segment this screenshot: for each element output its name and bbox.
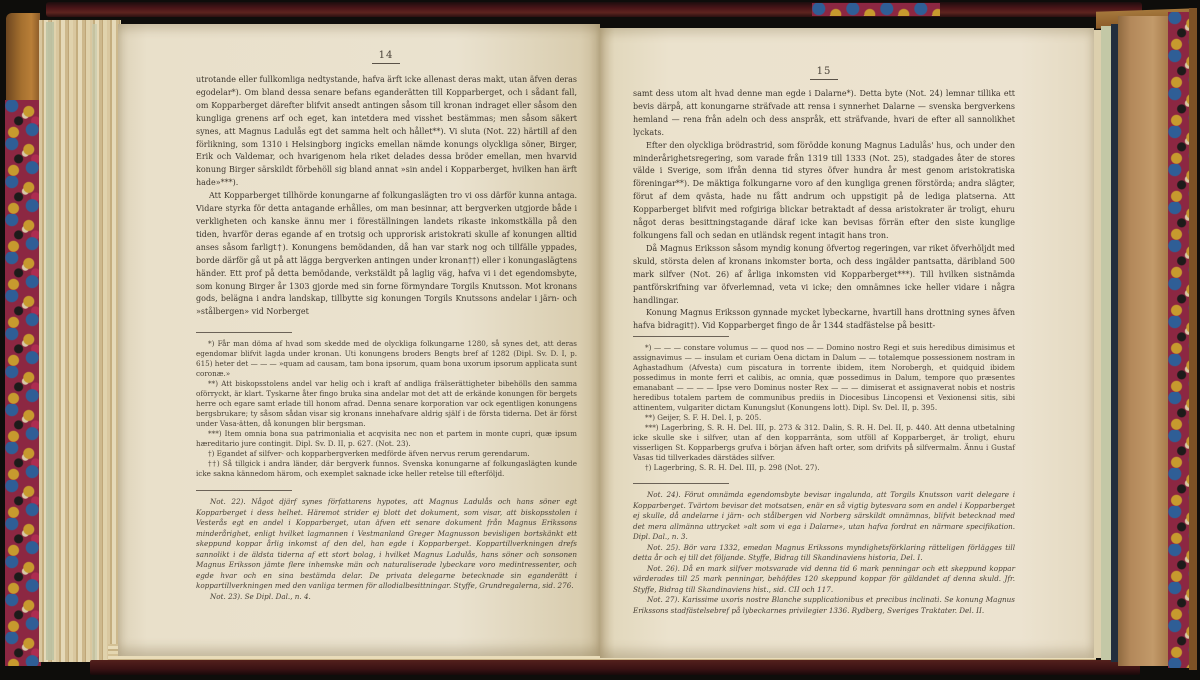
marbled-cover-right <box>1168 12 1189 668</box>
note: Not. 22). Något djärf synes författarens… <box>196 497 577 592</box>
footnote: †) Lagerbring, S. R. H. Del. III, p. 298… <box>633 463 1015 473</box>
note: Not. 24). Förut omnämda egendomsbyte bev… <box>633 490 1015 543</box>
body-paragraph: samt dess utom alt hvad denne man egde i… <box>633 88 1015 140</box>
right-spine-leather <box>1189 8 1197 670</box>
footnote-separator <box>196 332 292 333</box>
book-top-edge <box>46 2 1142 17</box>
page-number-right: 15 <box>633 66 1015 77</box>
footnote: *) Får man döma af hvad som skedde med d… <box>196 339 577 379</box>
body-paragraph: Efter den olyckliga brödrastrid, som för… <box>633 140 1015 243</box>
endpaper-strip-left-2 <box>92 24 97 660</box>
left-spine-leather <box>6 13 40 109</box>
endpaper-strip-right <box>1101 26 1111 660</box>
left-page-notes: Not. 22). Något djärf synes författarens… <box>196 497 577 602</box>
page-edge-strip-right <box>1094 30 1101 658</box>
footnote: **) Geijer, S. F. H. Del. I, p. 205. <box>633 413 1015 423</box>
endpaper-strip-left <box>46 22 54 660</box>
left-page-body: utrotande eller fullkomliga nedtystande,… <box>196 74 577 319</box>
note-separator <box>196 490 292 491</box>
marbled-cover-left <box>5 100 41 666</box>
page-number-left: 14 <box>196 50 576 61</box>
footnote: ***) Item omnia bona sua patrimonialia e… <box>196 429 577 449</box>
footnote: *) — — — constare volumus — — quod nos —… <box>633 343 1015 413</box>
endpaper-dark-strip-right <box>1111 24 1118 662</box>
footnote: ††) Så tillgick i andra länder, där berg… <box>196 459 577 479</box>
left-page-footnotes: *) Får man döma af hvad som skedde med d… <box>196 339 577 479</box>
right-page-body: samt dess utom alt hvad denne man egde i… <box>633 88 1015 333</box>
note: Not. 25). Bör vara 1332, emedan Magnus E… <box>633 543 1015 564</box>
note-separator <box>633 483 729 484</box>
body-paragraph: Att Kopparberget tillhörde konungarne af… <box>196 190 577 319</box>
left-page: 14 utrotande eller fullkomliga nedtystan… <box>118 24 600 656</box>
footnote: †) Egandet af silfver- och kopparbergver… <box>196 449 577 459</box>
footnote: ***) Lagerbring, S. R. H. Del. III, p. 2… <box>633 423 1015 463</box>
book-bottom-edge <box>90 660 1140 675</box>
inside-cover-right <box>1118 16 1168 666</box>
footnote: **) Att biskopsstolens andel var helig o… <box>196 379 577 429</box>
body-paragraph: Konung Magnus Eriksson gynnade mycket ly… <box>633 307 1015 333</box>
body-paragraph: utrotande eller fullkomliga nedtystande,… <box>196 74 577 190</box>
note: Not. 27). Karissime uxoris nostre Blanch… <box>633 595 1015 616</box>
right-page-notes: Not. 24). Förut omnämda egendomsbyte bev… <box>633 490 1015 616</box>
marbled-top-edge <box>812 3 940 16</box>
right-page: 15 samt dess utom alt hvad denne man egd… <box>600 28 1094 658</box>
footnote-separator <box>633 336 729 337</box>
book-photo: 14 utrotande eller fullkomliga nedtystan… <box>0 0 1200 680</box>
body-paragraph: Då Magnus Eriksson såsom myndig konung ö… <box>633 243 1015 308</box>
right-page-footnotes: *) — — — constare volumus — — quod nos —… <box>633 343 1015 473</box>
note: Not. 23). Se Dipl. Dal., n. 4. <box>196 592 577 603</box>
note: Not. 26). Då en mark silfver motsvarade … <box>633 564 1015 596</box>
